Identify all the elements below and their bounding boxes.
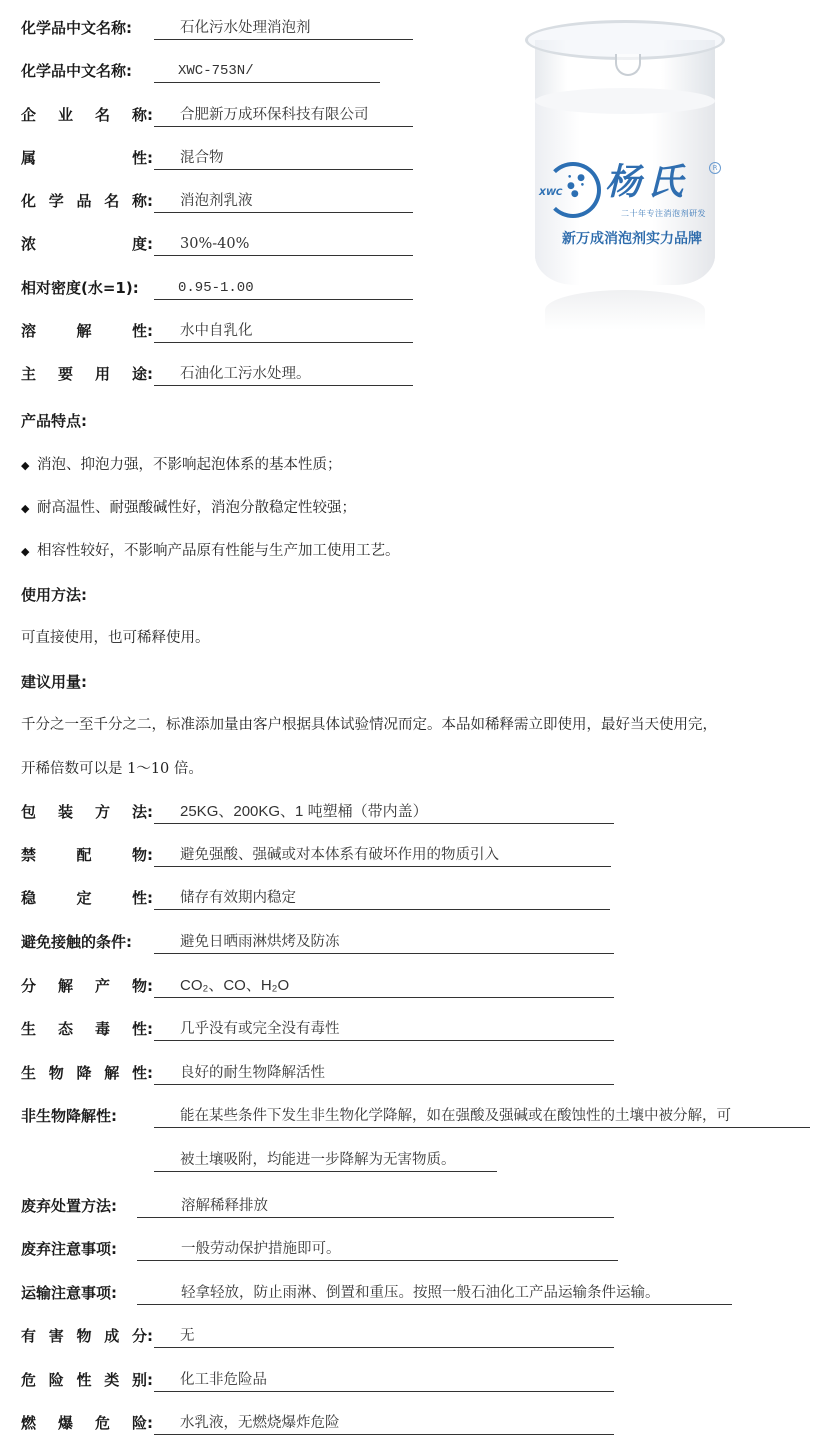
field-value: 避免强酸、强碱或对本体系有破坏作用的物质引入	[154, 844, 611, 867]
usage-text: 可直接使用，也可稀释使用。	[21, 627, 210, 649]
field-value: 30%-40%	[154, 233, 413, 256]
field-value: 合肥新万成环保科技有限公司	[154, 104, 413, 127]
field-label: 分解产物:	[21, 975, 153, 997]
field-value: 石油化工污水处理。	[154, 363, 413, 386]
feature-item: ◆消泡、抑泡力强，不影响起泡体系的基本性质；	[21, 454, 342, 477]
feature-text: 消泡、抑泡力强，不影响起泡体系的基本性质；	[37, 457, 342, 473]
field-label: 化学品中文名称:	[21, 60, 153, 82]
field-value-line1: 能在某些条件下发生非生物化学降解，如在强酸及强碱或在酸蚀性的土壤中被分解，可	[154, 1105, 810, 1128]
field-label: 主要用途:	[21, 363, 153, 385]
field-value: XWC-753N/	[154, 60, 380, 83]
spec-row: 废弃处置方法:溶解稀释排放	[0, 1195, 830, 1225]
spec-row: 生态毒性:几乎没有或完全没有毒性	[0, 1018, 830, 1048]
field-value: 溶解稀释排放	[137, 1195, 614, 1218]
feature-item: ◆耐高温性、耐强酸碱性好，消泡分散稳定性较强；	[21, 497, 356, 520]
brand-slogan: 新万成消泡剂实力品牌	[537, 228, 727, 248]
field-value: 无	[154, 1325, 614, 1348]
field-value: 良好的耐生物降解活性	[154, 1062, 614, 1085]
field-label: 生态毒性:	[21, 1018, 153, 1040]
field-label: 化学品名称:	[21, 190, 153, 212]
spec-row: 生物降解性:良好的耐生物降解活性	[0, 1062, 830, 1092]
field-value: 0.95-1.00	[154, 277, 413, 300]
field-label: 有害物成分:	[21, 1325, 153, 1347]
field-label: 危险性类别:	[21, 1369, 153, 1391]
spec-row: 分解产物:CO₂、CO、H₂O	[0, 975, 830, 1005]
dosage-text-line2: 开稀倍数可以是 1～10 倍。	[21, 758, 203, 780]
spec-row: 包装方法:25KG、200KG、1 吨塑桶（带内盖）	[0, 801, 830, 831]
spec-row: 危险性类别:化工非危险品	[0, 1369, 830, 1399]
spec-row: 避免接触的条件:避免日晒雨淋烘烤及防冻	[0, 931, 830, 961]
field-label: 相对密度(水=1):	[21, 277, 153, 299]
usage-heading: 使用方法:	[21, 584, 87, 606]
field-label: 浓度:	[21, 233, 153, 255]
field-value: 25KG、200KG、1 吨塑桶（带内盖）	[154, 801, 614, 824]
field-value: 混合物	[154, 147, 413, 170]
field-value: CO₂、CO、H₂O	[154, 975, 614, 998]
spec-row: 稳定性:储存有效期内稳定	[0, 887, 830, 917]
brand-name: 杨氏	[605, 160, 689, 204]
field-label: 化学品中文名称:	[21, 17, 153, 39]
dosage-heading: 建议用量:	[21, 671, 87, 693]
field-value: 化工非危险品	[154, 1369, 614, 1392]
spec-row: 运输注意事项:轻拿轻放，防止雨淋、倒置和重压。按照一般石油化工产品运输条件运输。	[0, 1282, 830, 1312]
field-label: 属性:	[21, 147, 153, 169]
field-label: 运输注意事项:	[21, 1282, 153, 1304]
logo-bubbles-icon: • ●● • ●	[567, 174, 586, 198]
field-label: 包装方法:	[21, 801, 153, 823]
spec-row: 燃爆危险:水乳液，无燃烧爆炸危险	[0, 1412, 830, 1442]
field-label: 禁配物:	[21, 844, 153, 866]
dosage-text-line1: 千分之一至千分之二，标准添加量由客户根据具体试验情况而定。本品如稀释需立即使用，…	[21, 714, 717, 736]
diamond-bullet-icon: ◆	[21, 498, 31, 520]
logo-xwc-text: XWC	[539, 188, 562, 198]
field-value: 水中自乳化	[154, 320, 413, 343]
spec-row: 禁配物:避免强酸、强碱或对本体系有破坏作用的物质引入	[0, 844, 830, 874]
field-value: 几乎没有或完全没有毒性	[154, 1018, 614, 1041]
field-label: 生物降解性:	[21, 1062, 153, 1084]
field-value: 水乳液，无燃烧爆炸危险	[154, 1412, 614, 1435]
features-heading: 产品特点:	[21, 410, 87, 432]
diamond-bullet-icon: ◆	[21, 541, 31, 563]
product-beaker-image: • ●● • ● XWC 杨氏 R 二十年专注消泡剂研发 新万成消泡剂实力品牌	[515, 10, 730, 335]
field-label: 溶解性:	[21, 320, 153, 342]
spec-row: 废弃注意事项:一般劳动保护措施即可。	[0, 1238, 830, 1268]
field-label: 避免接触的条件:	[21, 931, 153, 953]
liquid-surface	[535, 88, 715, 114]
feature-item: ◆相容性较好，不影响产品原有性能与生产加工使用工艺。	[21, 540, 400, 563]
feature-text: 耐高温性、耐强酸碱性好，消泡分散稳定性较强；	[37, 500, 356, 516]
beaker-reflection	[545, 290, 705, 330]
field-value: 消泡剂乳液	[154, 190, 413, 213]
spec-row: 主要用途:石油化工污水处理。	[0, 363, 830, 393]
brand-logo: • ●● • ● XWC 杨氏 R 二十年专注消泡剂研发 新万成消泡剂实力品牌	[537, 160, 717, 250]
field-value: 储存有效期内稳定	[154, 887, 610, 910]
field-label: 企业名称:	[21, 104, 153, 126]
registered-mark-icon: R	[709, 162, 721, 174]
field-label: 稳定性:	[21, 887, 153, 909]
field-value: 轻拿轻放，防止雨淋、倒置和重压。按照一般石油化工产品运输条件运输。	[137, 1282, 732, 1305]
brand-tagline: 二十年专注消泡剂研发	[621, 208, 706, 219]
spec-row: 有害物成分:无	[0, 1325, 830, 1355]
field-label: 废弃注意事项:	[21, 1238, 153, 1260]
diamond-bullet-icon: ◆	[21, 455, 31, 477]
feature-text: 相容性较好，不影响产品原有性能与生产加工使用工艺。	[37, 543, 400, 559]
field-value: 一般劳动保护措施即可。	[137, 1238, 618, 1261]
field-label: 非生物降解性:	[21, 1105, 153, 1127]
field-label: 废弃处置方法:	[21, 1195, 153, 1217]
field-value: 石化污水处理消泡剂	[154, 17, 413, 40]
field-label: 燃爆危险:	[21, 1412, 153, 1434]
field-value: 避免日晒雨淋烘烤及防冻	[154, 931, 614, 954]
spec-row-non-bio: 非生物降解性:能在某些条件下发生非生物化学降解，如在强酸及强碱或在酸蚀性的土壤中…	[0, 1105, 830, 1135]
field-value-line2: 被土壤吸附，均能进一步降解为无害物质。	[154, 1149, 497, 1172]
